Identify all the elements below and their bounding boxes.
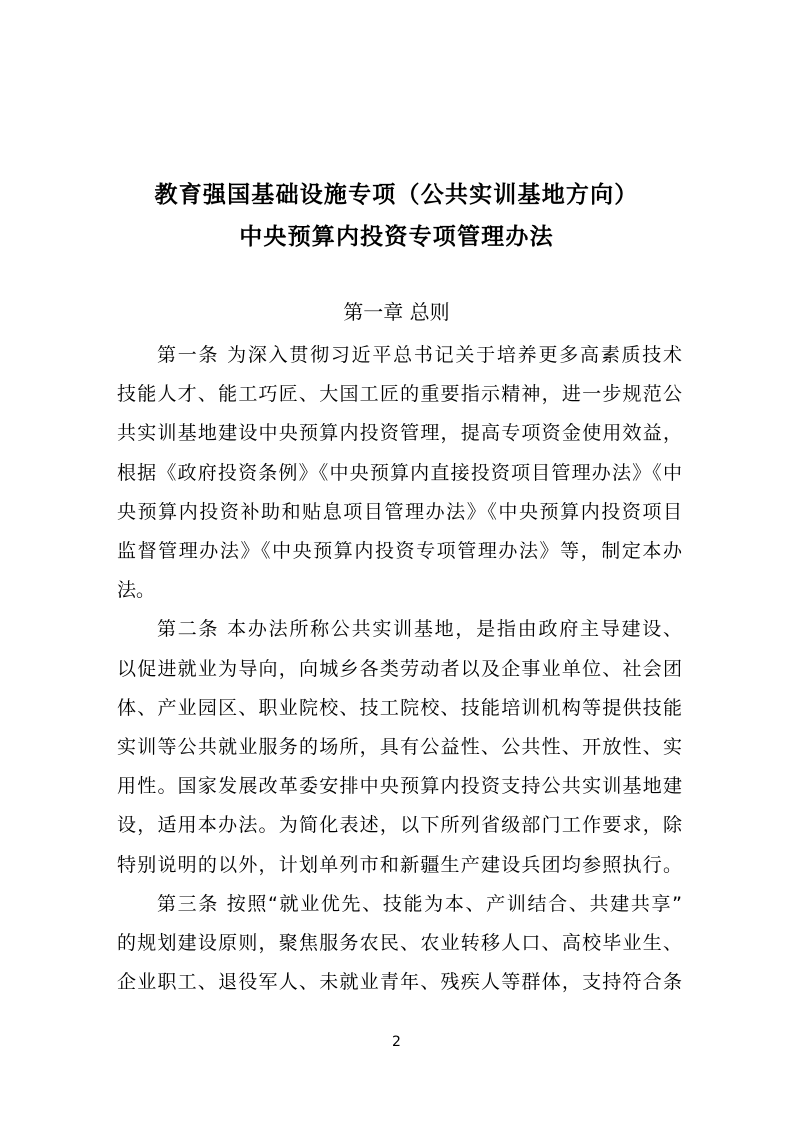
body-line: 监督管理办法》《中央预算内投资专项管理办法》等，制定本办 [117,532,682,571]
chapter-heading: 第一章 总则 [0,298,793,326]
document-body: 第一条 为深入贯彻习近平总书记关于培养更多高素质技术技能人才、能工巧匠、大国工匠… [117,336,682,1002]
body-line: 的规划建设原则，聚焦服务农民、农业转移人口、高校毕业生、 [117,924,682,963]
body-line: 第二条 本办法所称公共实训基地，是指由政府主导建设、 [117,610,682,649]
body-line: 体、产业园区、职业院校、技工院校、技能培训机构等提供技能 [117,689,682,728]
body-line: 根据《政府投资条例》《中央预算内直接投资项目管理办法》《中 [117,454,682,493]
body-line: 共实训基地建设中央预算内投资管理，提高专项资金使用效益， [117,414,682,453]
body-line: 央预算内投资补助和贴息项目管理办法》《中央预算内投资项目 [117,493,682,532]
body-line: 第三条 按照“就业优先、技能为本、产训结合、共建共享” [117,885,682,924]
paragraph: 第一条 为深入贯彻习近平总书记关于培养更多高素质技术技能人才、能工巧匠、大国工匠… [117,336,682,610]
body-line: 企业职工、退役军人、未就业青年、残疾人等群体，支持符合条 [117,963,682,1002]
document-title-line-2: 中央预算内投资专项管理办法 [0,221,793,253]
body-line: 用性。国家发展改革委安排中央预算内投资支持公共实训基地建 [117,767,682,806]
body-line: 设，适用本办法。为简化表述，以下所列省级部门工作要求，除 [117,806,682,845]
document-page: 教育强国基础设施专项（公共实训基地方向） 中央预算内投资专项管理办法 第一章 总… [0,0,793,1122]
page-number: 2 [0,1033,793,1051]
body-line: 特别说明的以外，计划单列市和新疆生产建设兵团均参照执行。 [117,846,682,885]
body-line: 以促进就业为导向，向城乡各类劳动者以及企事业单位、社会团 [117,650,682,689]
body-line: 实训等公共就业服务的场所，具有公益性、公共性、开放性、实 [117,728,682,767]
paragraph: 第三条 按照“就业优先、技能为本、产训结合、共建共享”的规划建设原则，聚焦服务农… [117,885,682,1003]
body-line: 技能人才、能工巧匠、大国工匠的重要指示精神，进一步规范公 [117,375,682,414]
body-line: 法。 [117,571,682,610]
paragraph: 第二条 本办法所称公共实训基地，是指由政府主导建设、以促进就业为导向，向城乡各类… [117,610,682,884]
body-line: 第一条 为深入贯彻习近平总书记关于培养更多高素质技术 [117,336,682,375]
document-title-line-1: 教育强国基础设施专项（公共实训基地方向） [0,179,793,211]
